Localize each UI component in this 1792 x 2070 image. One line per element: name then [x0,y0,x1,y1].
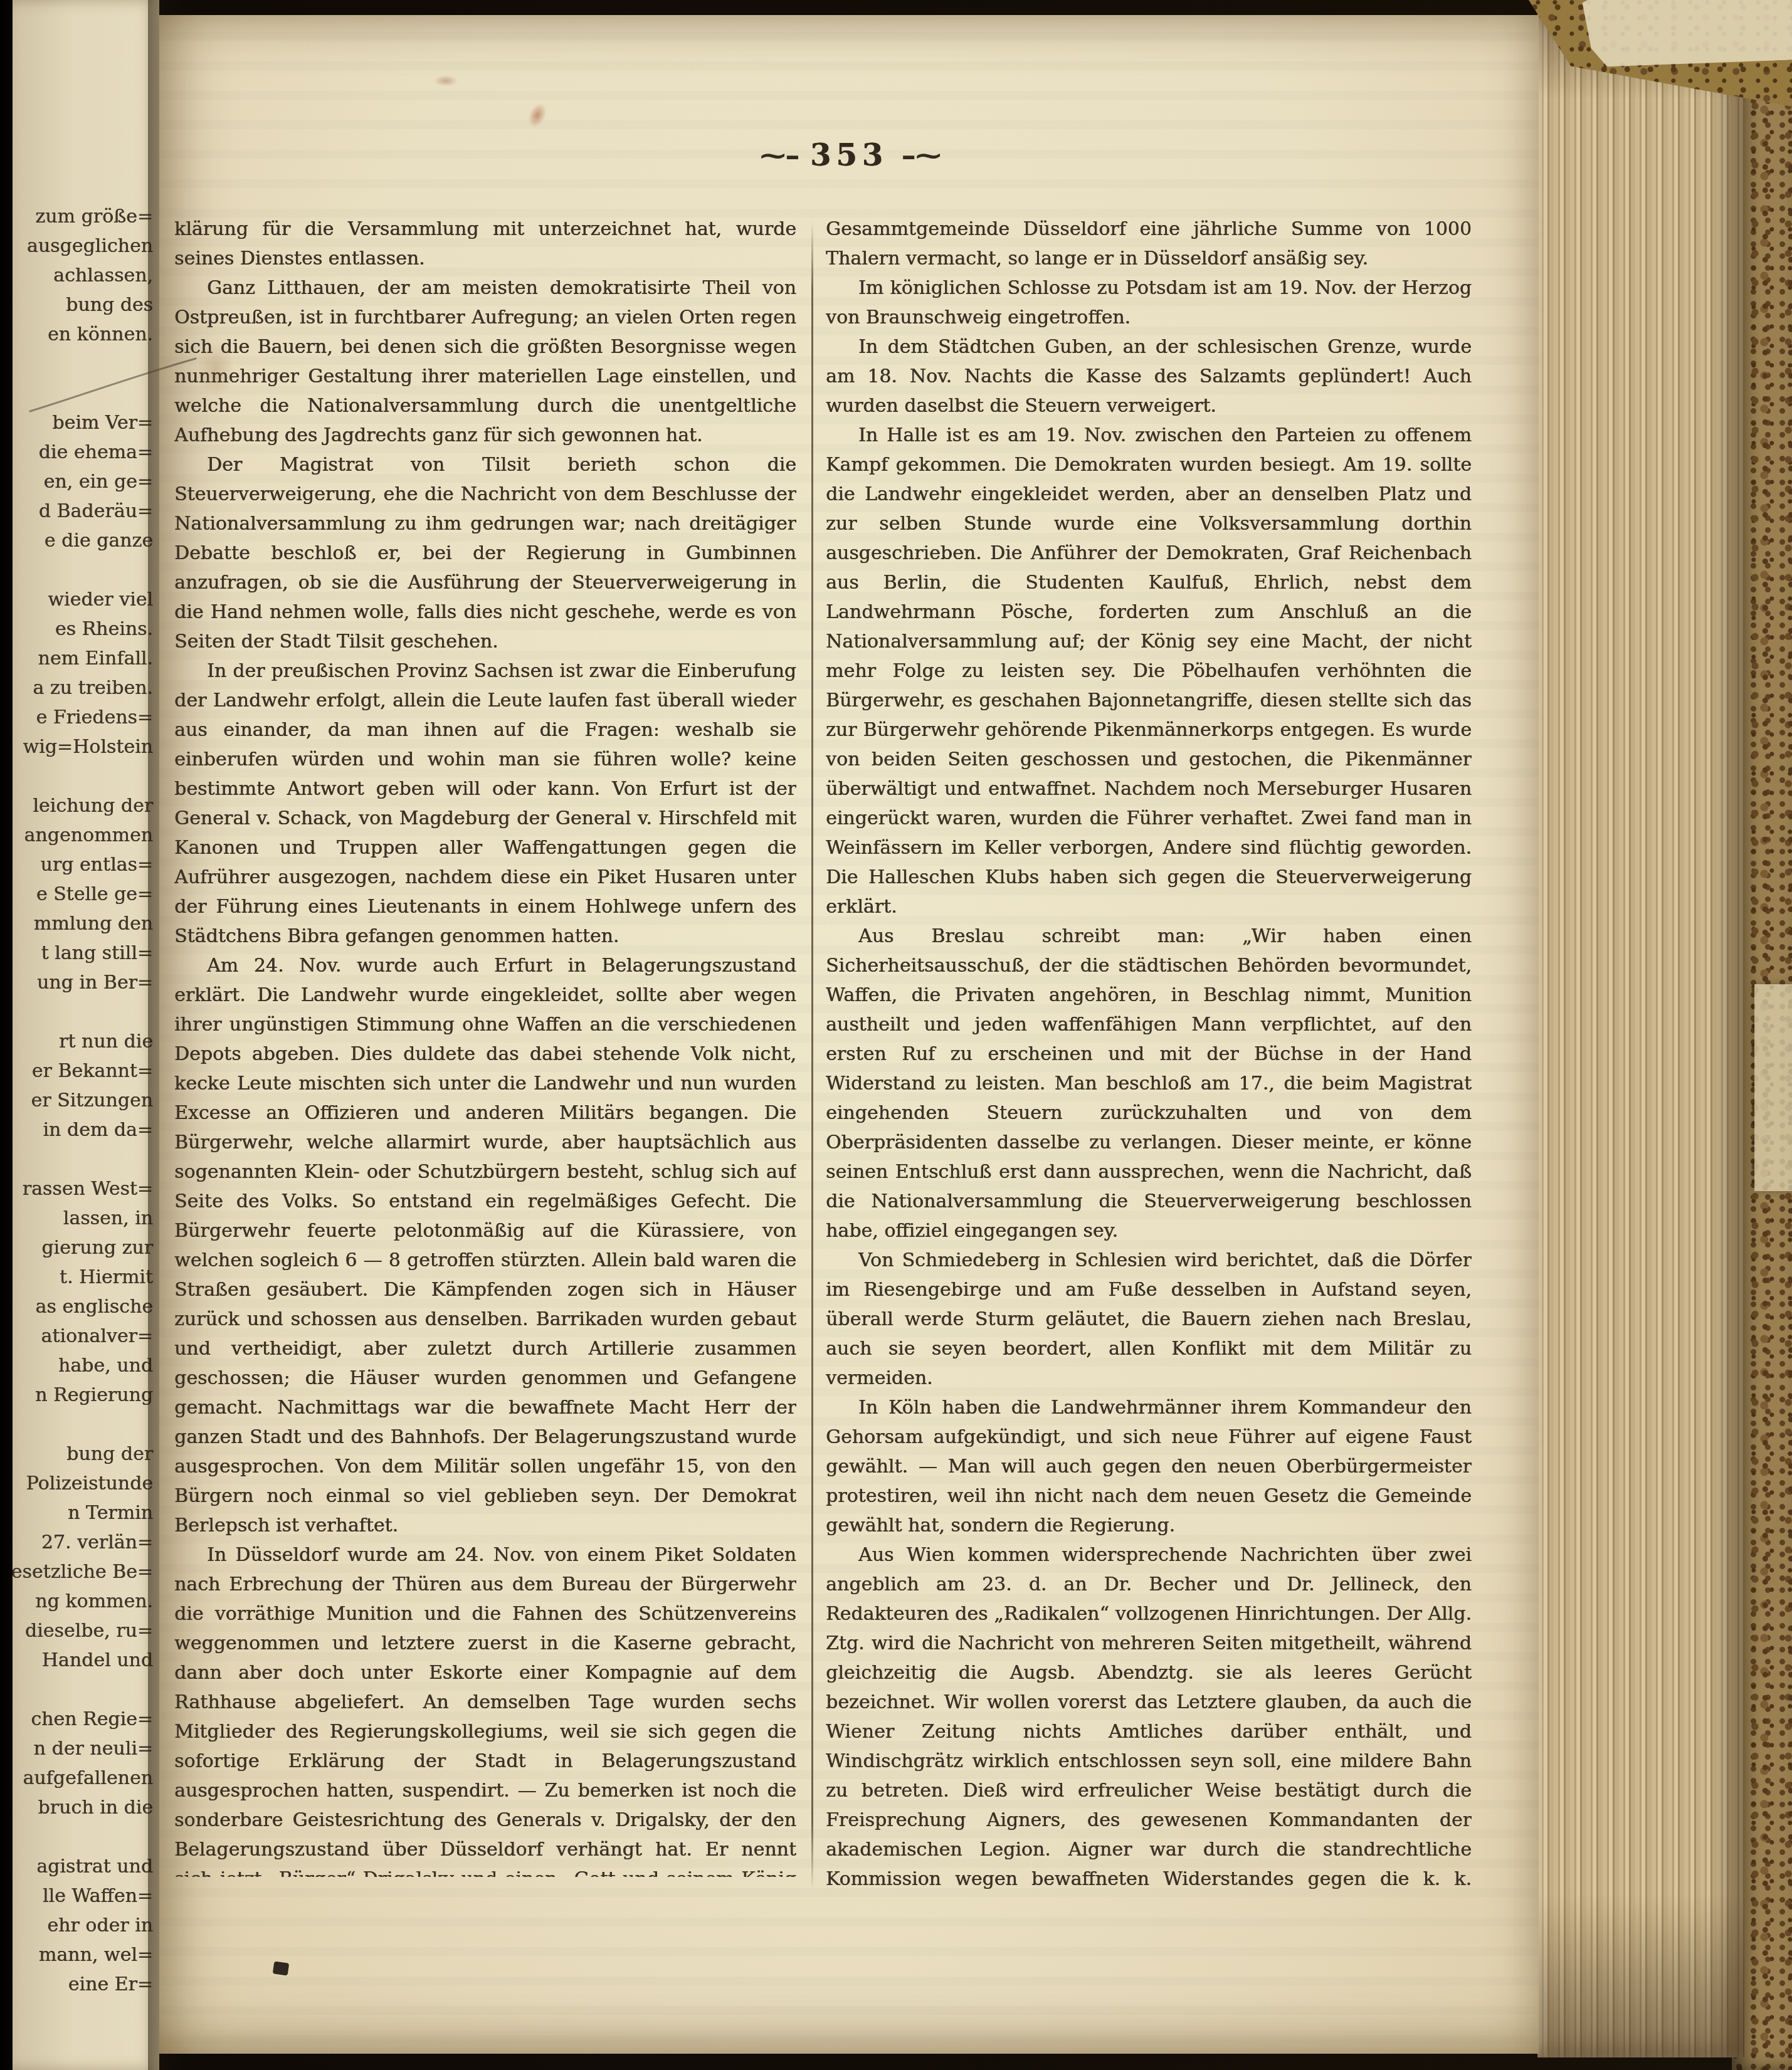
header-flourish-left: ~- [757,140,796,171]
paragraph: klärung für die Versammlung mit unterzei… [174,214,796,273]
text-fragment-line: bung der [13,1439,153,1469]
text-fragment-line: n Termin [13,1498,153,1528]
ink-blot [273,1961,290,1975]
text-fragment-line: ationalver= [13,1321,153,1351]
text-fragment-line: a zu treiben. [13,673,153,703]
facing-page-text-fragments: zum größe=ausgeglichenachlassen,bung des… [13,202,153,1999]
text-fragment-line: gierung zur [13,1233,153,1263]
text-fragment-line: in dem da= [13,1115,153,1145]
text-fragment-line: gesetzliche Be= [13,1557,153,1587]
repair-tape-top [1582,0,1792,71]
paragraph: Der Magistrat von Tilsit berieth schon d… [174,450,796,656]
paragraph: In der preußischen Provinz Sachsen ist z… [174,656,796,951]
page-header: ~- 353 -~ [159,138,1539,173]
foxing-stain [434,75,458,87]
repair-tape-side [1754,984,1792,1191]
text-fragment-line: t. Hiermit [13,1263,153,1292]
text-fragment-line: d Baderäu= [13,496,153,526]
text-fragment-line: e die ganze [13,526,153,555]
text-fragment-line: leichung der [13,791,153,821]
text-fragment-line: dieselbe, ru= [13,1616,153,1646]
text-fragment-line: achlassen, [13,261,153,290]
newspaper-page: ~- 353 -~ klärung für die Versammlung mi… [159,15,1539,2054]
text-fragment-line: en können. [13,320,153,349]
paragraph: In dem Städtchen Guben, an der schlesisc… [826,332,1472,421]
text-fragment-line: as englische [13,1292,153,1321]
text-fragment-line: rassen West= [13,1174,153,1204]
text-fragment-line: ung in Ber= [13,968,153,997]
paragraph: Ganz Litthauen, der am meisten demokrati… [174,273,796,450]
right-column: Gesammtgemeinde Düsseldorf eine jährlich… [826,214,1472,1889]
text-fragment-line: angenommen [13,821,153,850]
text-fragment-line: er Bekannt= [13,1056,153,1086]
text-fragment-line: lle Waffen= [13,1881,153,1911]
header-flourish-right: -~ [901,140,940,171]
paragraph: Von Schmiedeberg in Schlesien wird beric… [826,1246,1472,1393]
left-column: klärung für die Versammlung mit unterzei… [174,214,796,1877]
text-fragment-line: Handel und [13,1646,153,1675]
column-divider-rule [811,222,813,1889]
scanned-book-spread: zum größe=ausgeglichenachlassen,bung des… [0,0,1792,2070]
text-fragment-line [13,1822,153,1852]
page-fore-edges [1537,13,1744,2057]
text-fragment-line: urg entlas= [13,850,153,880]
facing-page-sliver: zum größe=ausgeglichenachlassen,bung des… [13,0,159,2070]
paragraph: Aus Breslau schreibt man: „Wir haben ein… [826,922,1472,1246]
text-fragment-line: nem Einfall. [13,644,153,673]
paragraph: Am 24. Nov. wurde auch Erfurt in Belager… [174,951,796,1540]
text-fragment-line: t lang still= [13,938,153,968]
text-fragment-line: bruch in die [13,1793,153,1822]
paragraph: In Düsseldorf wurde am 24. Nov. von eine… [174,1540,796,1877]
text-fragment-line: n Regierung [13,1380,153,1410]
text-fragment-line: aufgefallenen [13,1763,153,1793]
text-fragment-line: e Friedens= [13,703,153,732]
text-fragment-line: lassen, in [13,1204,153,1233]
text-fragment-line: ausgeglichen [13,231,153,261]
text-fragment-line: e Stelle ge= [13,880,153,909]
text-fragment-line: agistrat und [13,1852,153,1881]
handwritten-pencil-mark [25,351,201,420]
text-fragment-line: 27. verlän= [13,1528,153,1557]
text-fragment-line: wieder viel [13,585,153,614]
paragraph: Gesammtgemeinde Düsseldorf eine jährlich… [826,214,1472,273]
text-fragment-line: wig=Holstein [13,732,153,762]
page-number: 353 [810,138,888,173]
text-fragment-line [13,1675,153,1705]
text-fragment-line: es Rheins. [13,614,153,644]
text-fragment-line: en, ein ge= [13,467,153,496]
text-fragment-line [13,762,153,791]
text-fragment-line: ehr oder in [13,1911,153,1940]
text-fragment-line: rt nun die [13,1027,153,1056]
text-fragment-line: ng kommen. [13,1587,153,1616]
text-fragment-line: zum größe= [13,202,153,231]
text-fragment-line: mmlung den [13,909,153,938]
paragraph: Im königlichen Schlosse zu Potsdam ist a… [826,273,1472,332]
text-fragment-line: bung des [13,290,153,320]
text-fragment-line [13,997,153,1027]
paragraph: Aus Wien kommen widersprechende Nachrich… [826,1540,1472,1889]
text-fragment-line [13,1410,153,1439]
text-fragment-line: n der neuli= [13,1734,153,1763]
rust-stain [525,100,550,130]
foxing-stain [197,341,235,397]
text-fragment-line: mann, wel= [13,1940,153,1970]
text-fragment-line: die ehema= [13,438,153,467]
text-fragment-line: Polizeistunde [13,1469,153,1498]
text-fragment-line [13,555,153,585]
paragraph: In Köln haben die Landwehrmänner ihrem K… [826,1393,1472,1540]
text-fragment-line: eine Er= [13,1970,153,1999]
text-fragment-line: er Sitzungen [13,1086,153,1115]
paragraph: In Halle ist es am 19. Nov. zwischen den… [826,421,1472,922]
text-fragment-line [13,1145,153,1174]
text-fragment-line: chen Regie= [13,1705,153,1734]
text-fragment-line: habe, und [13,1351,153,1380]
